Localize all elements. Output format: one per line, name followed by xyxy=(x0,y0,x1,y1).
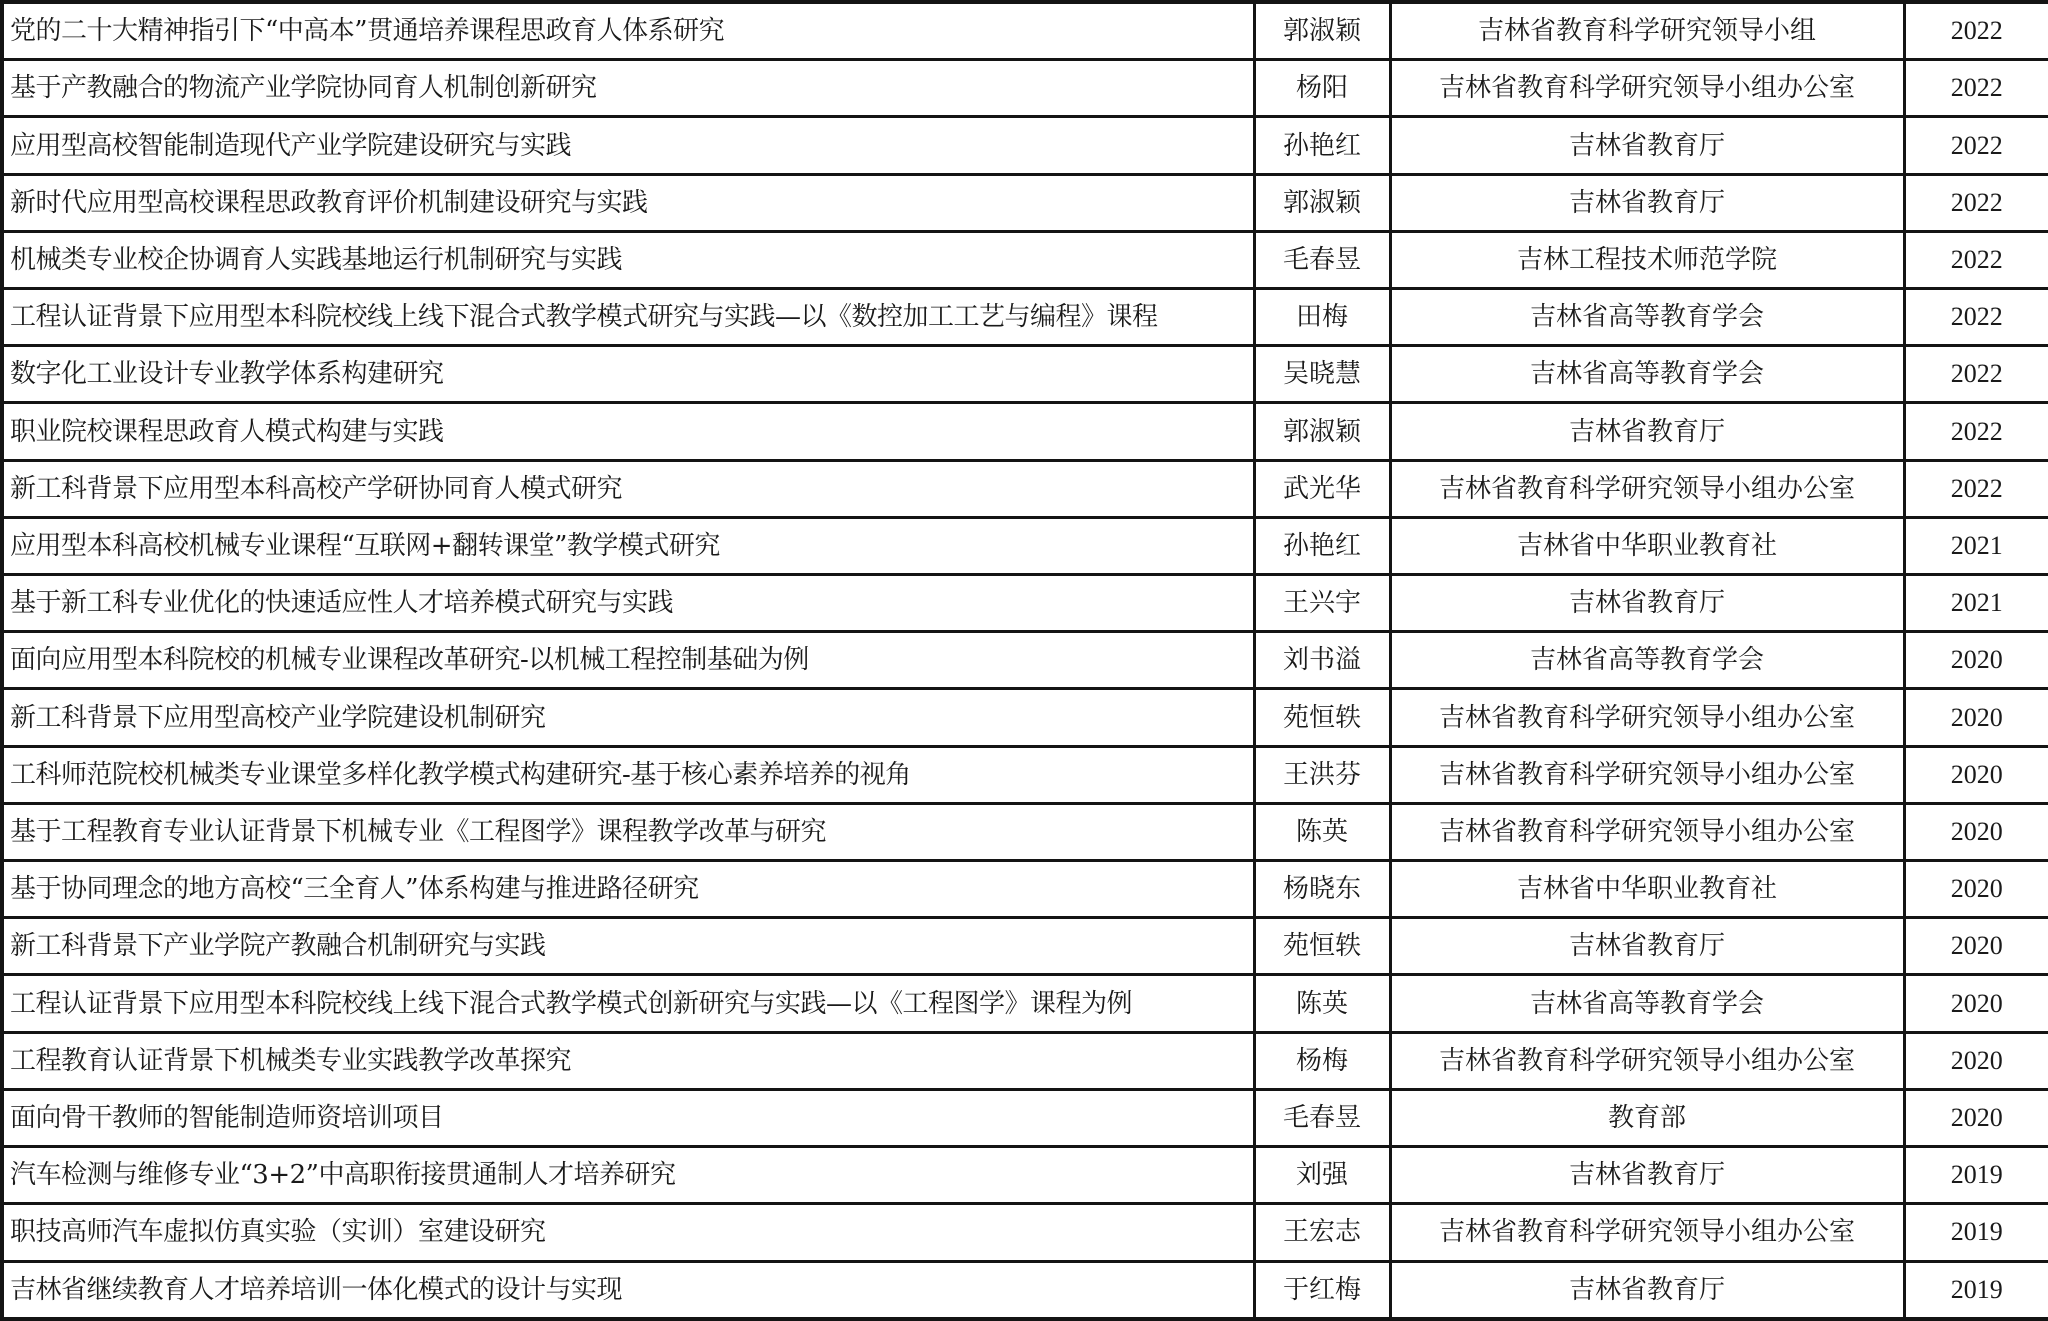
project-title-cell: 职技高师汽车虚拟仿真实验（实训）室建设研究 xyxy=(2,1204,1254,1261)
issuing-organization-cell: 吉林省高等教育学会 xyxy=(1390,975,1904,1032)
research-projects-table: 党的二十大精神指引下“中高本”贯通培养课程思政育人体系研究 郭淑颖 吉林省教育科… xyxy=(0,0,2048,1321)
issuing-organization-cell: 吉林省高等教育学会 xyxy=(1390,289,1904,346)
project-title-cell: 党的二十大精神指引下“中高本”贯通培养课程思政育人体系研究 xyxy=(2,2,1254,60)
table-row: 新工科背景下应用型本科高校产学研协同育人模式研究 武光华 吉林省教育科学研究领导… xyxy=(2,460,2048,517)
project-leader-cell: 郭淑颖 xyxy=(1254,2,1390,60)
project-leader-cell: 刘书溢 xyxy=(1254,632,1390,689)
project-title-cell: 机械类专业校企协调育人实践基地运行机制研究与实践 xyxy=(2,231,1254,288)
issuing-organization-cell: 吉林省中华职业教育社 xyxy=(1390,517,1904,574)
issuing-organization-cell: 吉林省教育厅 xyxy=(1390,174,1904,231)
issuing-organization-cell: 吉林省教育科学研究领导小组办公室 xyxy=(1390,689,1904,746)
project-title-cell: 工科师范院校机械类专业课堂多样化教学模式构建研究-基于核心素养培养的视角 xyxy=(2,746,1254,803)
project-title-cell: 工程教育认证背景下机械类专业实践教学改革探究 xyxy=(2,1032,1254,1089)
project-title-cell: 基于工程教育专业认证背景下机械专业《工程图学》课程教学改革与研究 xyxy=(2,803,1254,860)
project-title-cell: 职业院校课程思政育人模式构建与实践 xyxy=(2,403,1254,460)
project-leader-cell: 王兴宇 xyxy=(1254,575,1390,632)
project-title-cell: 基于产教融合的物流产业学院协同育人机制创新研究 xyxy=(2,60,1254,117)
project-year-cell: 2019 xyxy=(1904,1147,2048,1204)
issuing-organization-cell: 吉林省教育厅 xyxy=(1390,117,1904,174)
project-title-cell: 面向骨干教师的智能制造师资培训项目 xyxy=(2,1089,1254,1146)
project-year-cell: 2022 xyxy=(1904,2,2048,60)
project-leader-cell: 毛春昱 xyxy=(1254,1089,1390,1146)
project-year-cell: 2021 xyxy=(1904,517,2048,574)
table-row: 汽车检测与维修专业“3+2”中高职衔接贯通制人才培养研究 刘强 吉林省教育厅 2… xyxy=(2,1147,2048,1204)
project-year-cell: 2022 xyxy=(1904,289,2048,346)
project-leader-cell: 吴晓慧 xyxy=(1254,346,1390,403)
issuing-organization-cell: 吉林省教育科学研究领导小组办公室 xyxy=(1390,803,1904,860)
issuing-organization-cell: 吉林省高等教育学会 xyxy=(1390,632,1904,689)
table-row: 新工科背景下产业学院产教融合机制研究与实践 苑恒轶 吉林省教育厅 2020 xyxy=(2,918,2048,975)
table-row: 基于协同理念的地方高校“三全育人”体系构建与推进路径研究 杨晓东 吉林省中华职业… xyxy=(2,861,2048,918)
project-year-cell: 2020 xyxy=(1904,975,2048,1032)
issuing-organization-cell: 吉林省教育科学研究领导小组办公室 xyxy=(1390,1032,1904,1089)
table-row: 党的二十大精神指引下“中高本”贯通培养课程思政育人体系研究 郭淑颖 吉林省教育科… xyxy=(2,2,2048,60)
project-leader-cell: 王洪芬 xyxy=(1254,746,1390,803)
project-title-cell: 新工科背景下应用型本科高校产学研协同育人模式研究 xyxy=(2,460,1254,517)
project-leader-cell: 杨晓东 xyxy=(1254,861,1390,918)
issuing-organization-cell: 吉林省教育科学研究领导小组办公室 xyxy=(1390,746,1904,803)
project-year-cell: 2022 xyxy=(1904,460,2048,517)
project-title-cell: 新工科背景下应用型高校产业学院建设机制研究 xyxy=(2,689,1254,746)
table-row: 基于工程教育专业认证背景下机械专业《工程图学》课程教学改革与研究 陈英 吉林省教… xyxy=(2,803,2048,860)
project-title-cell: 面向应用型本科院校的机械专业课程改革研究-以机械工程控制基础为例 xyxy=(2,632,1254,689)
project-title-cell: 工程认证背景下应用型本科院校线上线下混合式教学模式研究与实践—以《数控加工工艺与… xyxy=(2,289,1254,346)
project-year-cell: 2020 xyxy=(1904,689,2048,746)
table-row: 应用型本科高校机械专业课程“互联网+翻转课堂”教学模式研究 孙艳红 吉林省中华职… xyxy=(2,517,2048,574)
project-year-cell: 2020 xyxy=(1904,1032,2048,1089)
project-title-cell: 应用型本科高校机械专业课程“互联网+翻转课堂”教学模式研究 xyxy=(2,517,1254,574)
project-year-cell: 2022 xyxy=(1904,346,2048,403)
project-title-cell: 基于新工科专业优化的快速适应性人才培养模式研究与实践 xyxy=(2,575,1254,632)
project-leader-cell: 陈英 xyxy=(1254,803,1390,860)
project-year-cell: 2020 xyxy=(1904,803,2048,860)
project-title-cell: 基于协同理念的地方高校“三全育人”体系构建与推进路径研究 xyxy=(2,861,1254,918)
table-row: 职技高师汽车虚拟仿真实验（实训）室建设研究 王宏志 吉林省教育科学研究领导小组办… xyxy=(2,1204,2048,1261)
project-year-cell: 2022 xyxy=(1904,174,2048,231)
table-body: 党的二十大精神指引下“中高本”贯通培养课程思政育人体系研究 郭淑颖 吉林省教育科… xyxy=(2,2,2048,1319)
project-leader-cell: 陈英 xyxy=(1254,975,1390,1032)
project-leader-cell: 苑恒轶 xyxy=(1254,918,1390,975)
issuing-organization-cell: 吉林省高等教育学会 xyxy=(1390,346,1904,403)
project-year-cell: 2020 xyxy=(1904,918,2048,975)
project-leader-cell: 武光华 xyxy=(1254,460,1390,517)
project-year-cell: 2020 xyxy=(1904,1089,2048,1146)
project-leader-cell: 苑恒轶 xyxy=(1254,689,1390,746)
table-row: 基于新工科专业优化的快速适应性人才培养模式研究与实践 王兴宇 吉林省教育厅 20… xyxy=(2,575,2048,632)
project-leader-cell: 孙艳红 xyxy=(1254,117,1390,174)
issuing-organization-cell: 教育部 xyxy=(1390,1089,1904,1146)
project-leader-cell: 王宏志 xyxy=(1254,1204,1390,1261)
table-row: 职业院校课程思政育人模式构建与实践 郭淑颖 吉林省教育厅 2022 xyxy=(2,403,2048,460)
issuing-organization-cell: 吉林工程技术师范学院 xyxy=(1390,231,1904,288)
project-title-cell: 汽车检测与维修专业“3+2”中高职衔接贯通制人才培养研究 xyxy=(2,1147,1254,1204)
table-row: 面向骨干教师的智能制造师资培训项目 毛春昱 教育部 2020 xyxy=(2,1089,2048,1146)
project-year-cell: 2019 xyxy=(1904,1261,2048,1319)
table-row: 新工科背景下应用型高校产业学院建设机制研究 苑恒轶 吉林省教育科学研究领导小组办… xyxy=(2,689,2048,746)
project-year-cell: 2020 xyxy=(1904,861,2048,918)
issuing-organization-cell: 吉林省教育厅 xyxy=(1390,403,1904,460)
table-row: 工科师范院校机械类专业课堂多样化教学模式构建研究-基于核心素养培养的视角 王洪芬… xyxy=(2,746,2048,803)
project-title-cell: 新工科背景下产业学院产教融合机制研究与实践 xyxy=(2,918,1254,975)
project-year-cell: 2022 xyxy=(1904,60,2048,117)
table-row: 工程认证背景下应用型本科院校线上线下混合式教学模式创新研究与实践—以《工程图学》… xyxy=(2,975,2048,1032)
project-year-cell: 2022 xyxy=(1904,231,2048,288)
table-row: 数字化工业设计专业教学体系构建研究 吴晓慧 吉林省高等教育学会 2022 xyxy=(2,346,2048,403)
issuing-organization-cell: 吉林省教育科学研究领导小组 xyxy=(1390,2,1904,60)
project-leader-cell: 于红梅 xyxy=(1254,1261,1390,1319)
table-row: 基于产教融合的物流产业学院协同育人机制创新研究 杨阳 吉林省教育科学研究领导小组… xyxy=(2,60,2048,117)
table-row: 应用型高校智能制造现代产业学院建设研究与实践 孙艳红 吉林省教育厅 2022 xyxy=(2,117,2048,174)
project-leader-cell: 杨梅 xyxy=(1254,1032,1390,1089)
issuing-organization-cell: 吉林省教育厅 xyxy=(1390,1261,1904,1319)
project-year-cell: 2022 xyxy=(1904,403,2048,460)
project-year-cell: 2020 xyxy=(1904,746,2048,803)
issuing-organization-cell: 吉林省教育科学研究领导小组办公室 xyxy=(1390,1204,1904,1261)
project-leader-cell: 杨阳 xyxy=(1254,60,1390,117)
project-leader-cell: 郭淑颖 xyxy=(1254,174,1390,231)
table-row: 面向应用型本科院校的机械专业课程改革研究-以机械工程控制基础为例 刘书溢 吉林省… xyxy=(2,632,2048,689)
project-year-cell: 2020 xyxy=(1904,632,2048,689)
project-leader-cell: 郭淑颖 xyxy=(1254,403,1390,460)
table-row: 新时代应用型高校课程思政教育评价机制建设研究与实践 郭淑颖 吉林省教育厅 202… xyxy=(2,174,2048,231)
project-title-cell: 吉林省继续教育人才培养培训一体化模式的设计与实现 xyxy=(2,1261,1254,1319)
table-row: 工程教育认证背景下机械类专业实践教学改革探究 杨梅 吉林省教育科学研究领导小组办… xyxy=(2,1032,2048,1089)
project-year-cell: 2022 xyxy=(1904,117,2048,174)
project-title-cell: 应用型高校智能制造现代产业学院建设研究与实践 xyxy=(2,117,1254,174)
project-year-cell: 2019 xyxy=(1904,1204,2048,1261)
issuing-organization-cell: 吉林省教育厅 xyxy=(1390,575,1904,632)
project-leader-cell: 毛春昱 xyxy=(1254,231,1390,288)
project-year-cell: 2021 xyxy=(1904,575,2048,632)
project-title-cell: 新时代应用型高校课程思政教育评价机制建设研究与实践 xyxy=(2,174,1254,231)
project-leader-cell: 孙艳红 xyxy=(1254,517,1390,574)
issuing-organization-cell: 吉林省教育科学研究领导小组办公室 xyxy=(1390,60,1904,117)
project-title-cell: 数字化工业设计专业教学体系构建研究 xyxy=(2,346,1254,403)
table-row: 工程认证背景下应用型本科院校线上线下混合式教学模式研究与实践—以《数控加工工艺与… xyxy=(2,289,2048,346)
project-title-cell: 工程认证背景下应用型本科院校线上线下混合式教学模式创新研究与实践—以《工程图学》… xyxy=(2,975,1254,1032)
issuing-organization-cell: 吉林省中华职业教育社 xyxy=(1390,861,1904,918)
issuing-organization-cell: 吉林省教育厅 xyxy=(1390,918,1904,975)
issuing-organization-cell: 吉林省教育厅 xyxy=(1390,1147,1904,1204)
table-row: 吉林省继续教育人才培养培训一体化模式的设计与实现 于红梅 吉林省教育厅 2019 xyxy=(2,1261,2048,1319)
table-row: 机械类专业校企协调育人实践基地运行机制研究与实践 毛春昱 吉林工程技术师范学院 … xyxy=(2,231,2048,288)
project-leader-cell: 田梅 xyxy=(1254,289,1390,346)
issuing-organization-cell: 吉林省教育科学研究领导小组办公室 xyxy=(1390,460,1904,517)
project-leader-cell: 刘强 xyxy=(1254,1147,1390,1204)
project-table-container: 党的二十大精神指引下“中高本”贯通培养课程思政育人体系研究 郭淑颖 吉林省教育科… xyxy=(0,0,2048,1321)
